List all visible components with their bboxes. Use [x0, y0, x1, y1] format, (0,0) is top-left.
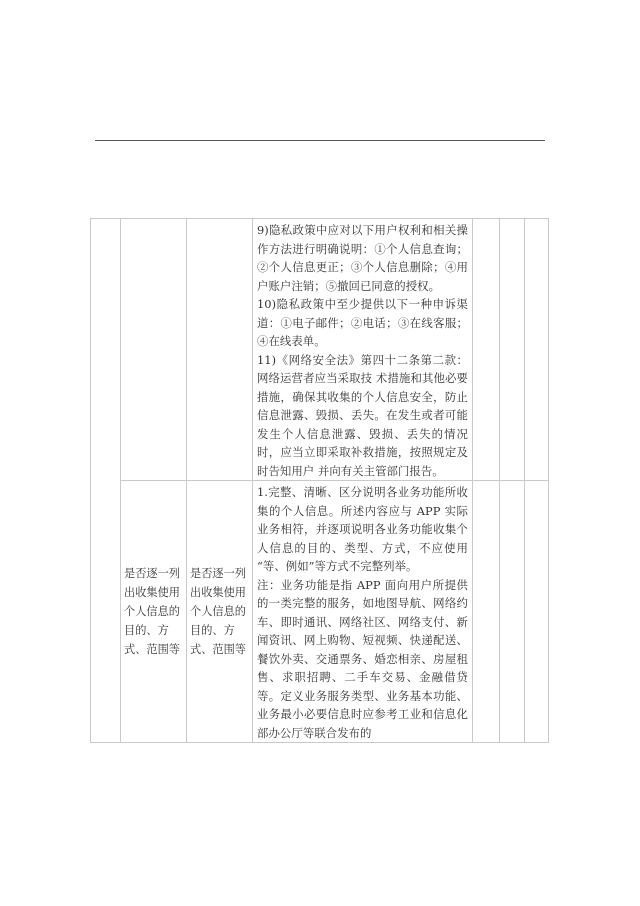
- check-cell-2[interactable]: [500, 481, 525, 743]
- requirement-text: 10)隐私政策中至少提供以下一种申诉渠道：①电子邮件；②电话；③在线客服；④在线…: [257, 295, 468, 351]
- requirements-cell: 9)隐私政策中应对以下用户权利和相关操作方法进行明确说明：①个人信息查询；②个人…: [253, 219, 473, 481]
- table-row: 是否逐一列出收集使用个人信息的目的、方式、范围等 是否逐一列出收集使用个人信息的…: [91, 481, 549, 743]
- category-cell: 是否逐一列出收集使用个人信息的目的、方式、范围等: [121, 481, 187, 743]
- check-cell-3[interactable]: [525, 481, 549, 743]
- index-cell: [91, 219, 121, 743]
- table-row: 9)隐私政策中应对以下用户权利和相关操作方法进行明确说明：①个人信息查询；②个人…: [91, 219, 549, 481]
- requirement-note: 注：业务功能是指 APP 面向用户所提供的一类完整的服务，如地图导航、网络约车、…: [257, 576, 468, 743]
- check-cell-2[interactable]: [500, 219, 525, 481]
- header-rule: [95, 140, 545, 141]
- requirement-text: 11)《网络安全法》第四十二条第二款：网络运营者应当采取技 术措施和其他必要措施…: [257, 351, 468, 481]
- requirement-text: 1.完整、清晰、区分说明各业务功能所收集的个人信息。所述内容应与 APP 实际业…: [257, 483, 468, 576]
- check-cell-1[interactable]: [473, 219, 500, 481]
- requirements-cell: 1.完整、清晰、区分说明各业务功能所收集的个人信息。所述内容应与 APP 实际业…: [253, 481, 473, 743]
- check-cell-3[interactable]: [525, 219, 549, 481]
- requirement-text: 9)隐私政策中应对以下用户权利和相关操作方法进行明确说明：①个人信息查询；②个人…: [257, 221, 468, 295]
- category-cell: [121, 219, 187, 481]
- item-cell: [187, 219, 253, 481]
- item-cell: 是否逐一列出收集使用个人信息的目的、方式、范围等: [187, 481, 253, 743]
- check-cell-1[interactable]: [473, 481, 500, 743]
- compliance-table: 9)隐私政策中应对以下用户权利和相关操作方法进行明确说明：①个人信息查询；②个人…: [90, 218, 549, 743]
